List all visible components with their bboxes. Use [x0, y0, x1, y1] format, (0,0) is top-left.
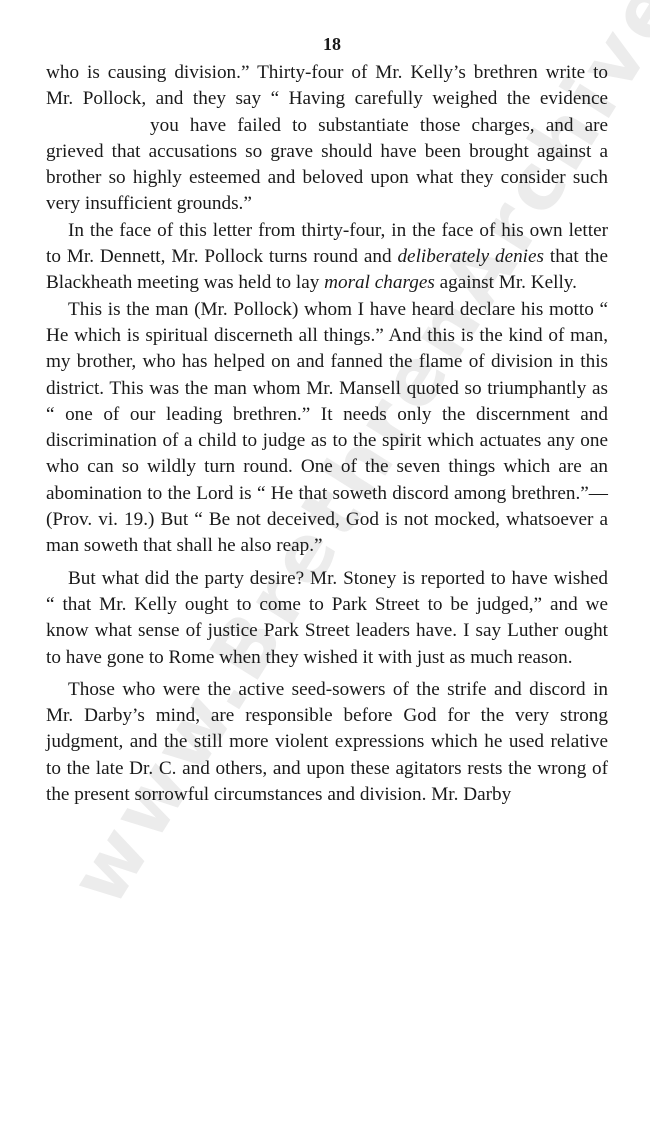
paragraph-4: But what did the party desire? Mr. Stone… — [46, 566, 608, 671]
paragraph-2: In the face of this letter from thirty-f… — [46, 218, 608, 297]
paragraph-3: This is the man (Mr. Pollock) whom I hav… — [46, 297, 608, 560]
body-text: who is causing division.” Thirty-four of… — [46, 60, 608, 808]
paragraph-5: Those who were the active seed-sowers of… — [46, 677, 608, 808]
italic-deliberately-denies: deliberately denies — [397, 246, 544, 267]
paragraph-1-part-2: you have failed to substantiate those ch… — [46, 115, 608, 215]
paragraph-1: who is causing division.” Thirty-four of… — [46, 60, 608, 218]
paragraph-1-part-1: who is causing division.” Thirty-four of… — [46, 62, 608, 109]
italic-moral-charges: moral charges — [324, 272, 435, 293]
book-page: 18 who is causing division.” Thirty-four… — [46, 0, 608, 808]
page-number: 18 — [46, 30, 608, 58]
paragraph-2-part-5: against Mr. Kelly. — [435, 272, 577, 293]
